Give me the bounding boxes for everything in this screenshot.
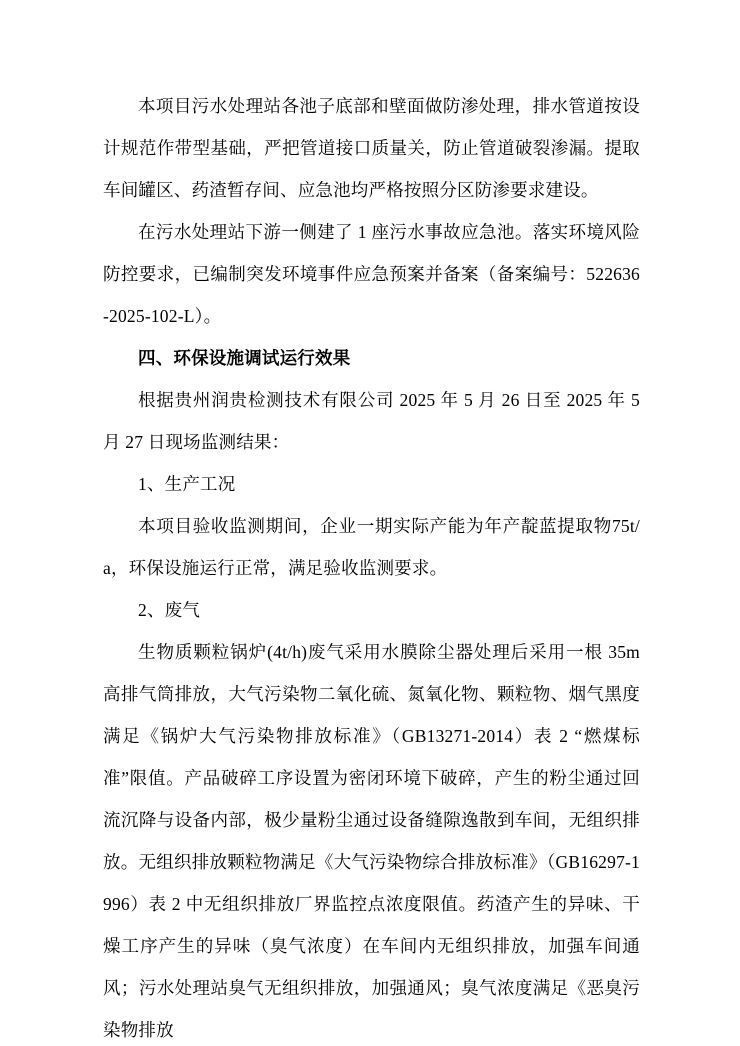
paragraph-emergency-pool: 在污水处理站下游一侧建了 1 座污水事故应急池。落实环境风险防控要求，已编制突发… [103,211,640,337]
section-heading-env-facility-results: 四、环保设施调试运行效果 [103,337,640,379]
paragraph-production-status: 本项目验收监测期间，企业一期实际产能为年产靛蓝提取物75t/a，环保设施运行正常… [103,505,640,589]
paragraph-seepage-prevention: 本项目污水处理站各池子底部和壁面做防渗处理，排水管道按设计规范作带型基础，严把管… [103,85,640,211]
paragraph-monitoring-basis: 根据贵州润贵检测技术有限公司 2025 年 5 月 26 日至 2025 年 5… [103,379,640,463]
document-page: 本项目污水处理站各池子底部和壁面做防渗处理，排水管道按设计规范作带型基础，严把管… [103,85,640,1046]
paragraph-waste-gas-treatment: 生物质颗粒锅炉(4t/h)废气采用水膜除尘器处理后采用一根 35m 高排气筒排放… [103,631,640,1046]
subsection-heading-waste-gas: 2、废气 [103,589,640,631]
subsection-heading-production-status: 1、生产工况 [103,463,640,505]
